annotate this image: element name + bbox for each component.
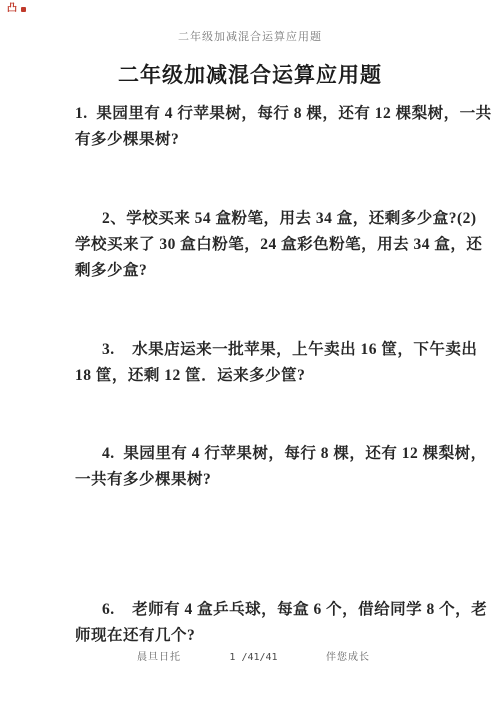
red-stamp-icon: 凸 bbox=[7, 4, 17, 14]
question-2: 2、学校买来 54 盒粉笔，用去 34 盒，还剩多少盒?(2) 学校买来了 30… bbox=[75, 206, 460, 284]
red-dot-icon bbox=[21, 7, 26, 12]
question-2-line-2: 学校买来了 30 盒白粉笔，24 盒彩色粉笔，用去 34 盒，还 bbox=[75, 232, 460, 258]
footer-brand-left: 晨旦日托 bbox=[137, 650, 181, 665]
document-page: 凸 二年级加减混合运算应用题 二年级加减混合运算应用题 1. 果园里有 4 行苹… bbox=[0, 0, 500, 708]
question-6-line-2: 师现在还有几个? bbox=[75, 623, 460, 649]
question-2-line-3: 剩多少盒? bbox=[75, 258, 460, 284]
question-4-line-2: 一共有多少棵果树? bbox=[75, 467, 460, 493]
question-2-line-1: 2、学校买来 54 盒粉笔，用去 34 盒，还剩多少盒?(2) bbox=[75, 206, 460, 232]
question-1: 1. 果园里有 4 行苹果树，每行 8 棵，还有 12 棵梨树，一共 有多少棵果… bbox=[75, 101, 460, 153]
question-3-line-2: 18 筐，还剩 12 筐．运来多少筐? bbox=[75, 363, 460, 389]
question-6: 6. 老师有 4 盒乒乓球，每盒 6 个，借给同学 8 个，老 师现在还有几个? bbox=[75, 597, 460, 649]
page-header-watermark: 二年级加减混合运算应用题 bbox=[0, 29, 500, 45]
question-4-line-1: 4. 果园里有 4 行苹果树，每行 8 棵，还有 12 棵梨树， bbox=[75, 441, 460, 467]
footer-brand-right: 伴您成长 bbox=[326, 650, 370, 665]
question-1-line-2: 有多少棵果树? bbox=[75, 127, 460, 153]
question-4: 4. 果园里有 4 行苹果树，每行 8 棵，还有 12 棵梨树， 一共有多少棵果… bbox=[75, 441, 460, 493]
page-footer: 晨旦日托 1 /41/41 伴您成长 bbox=[137, 650, 370, 665]
question-3: 3. 水果店运来一批苹果，上午卖出 16 筐，下午卖出 18 筐，还剩 12 筐… bbox=[75, 337, 460, 389]
question-1-line-1: 1. 果园里有 4 行苹果树，每行 8 棵，还有 12 棵梨树，一共 bbox=[75, 101, 460, 127]
doc-title: 二年级加减混合运算应用题 bbox=[0, 60, 500, 90]
page-number-indicator: 1 /41/41 bbox=[229, 650, 277, 665]
question-3-line-1: 3. 水果店运来一批苹果，上午卖出 16 筐，下午卖出 bbox=[75, 337, 460, 363]
question-6-line-1: 6. 老师有 4 盒乒乓球，每盒 6 个，借给同学 8 个，老 bbox=[75, 597, 460, 623]
corner-marks: 凸 bbox=[7, 4, 26, 14]
